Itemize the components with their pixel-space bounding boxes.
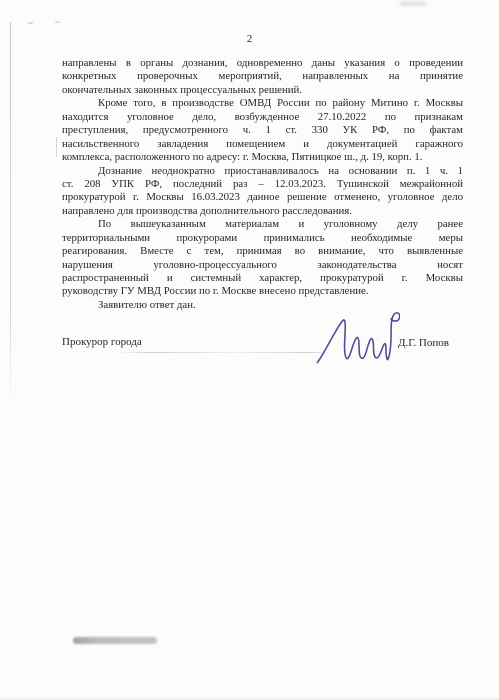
text-line: распространенный и системный характер, п…	[62, 272, 463, 285]
paragraph: Кроме того, в производстве ОМВД России п…	[62, 97, 463, 164]
text-line: преступления, предусмотренного ч. 1 ст. …	[62, 124, 463, 137]
text-line: находится уголовное дело, возбужденное 2…	[62, 111, 463, 124]
text-line: комплекса, расположенного по адресу: г. …	[62, 151, 463, 164]
handwritten-signature-icon	[312, 309, 400, 373]
signatory-title: Прокурор города	[62, 336, 142, 348]
text-line: Заявителю ответ дан.	[62, 299, 463, 312]
redaction-smudge	[73, 637, 157, 644]
scan-edge-line	[10, 22, 11, 407]
text-line: По вышеуказанным материалам и уголовному…	[62, 218, 463, 231]
paragraph: По вышеуказанным материалам и уголовному…	[62, 218, 463, 299]
text-line: ст. 208 УПК РФ, последний раз – 12.03.20…	[62, 178, 463, 191]
text-line: нарушения уголовно-процессуального закон…	[62, 259, 463, 272]
signatory-name: Д.Г. Попов	[398, 337, 476, 349]
margin-scan-mark	[56, 137, 57, 157]
pencil-mark	[55, 21, 60, 24]
text-line: насильственного завладения помещением и …	[62, 138, 463, 151]
text-line: конкретных проверочных мероприятий, напр…	[62, 70, 463, 83]
signature-baseline-artifact	[118, 352, 332, 353]
text-line: реагирования. Вместе с тем, принимая во …	[62, 245, 463, 258]
text-line: прокуратурой г. Москвы 16.03.2023 данное…	[62, 191, 463, 204]
text-line: территориальными прокурорами принимались…	[62, 232, 463, 245]
text-line: Кроме того, в производстве ОМВД России п…	[62, 97, 463, 110]
text-line: окончательных законных процессуальных ре…	[62, 84, 463, 97]
pencil-mark	[28, 22, 33, 25]
scan-smudge	[400, 1, 426, 6]
paragraph: направлены в органы дознания, одновремен…	[62, 57, 463, 97]
text-line: Дознание неоднократно приостанавливалось…	[62, 165, 463, 178]
text-line: руководству ГУ МВД России по г. Москве в…	[62, 285, 463, 298]
text-line: направлены в органы дознания, одновремен…	[62, 57, 463, 70]
page-number: 2	[0, 33, 499, 45]
scanned-document-page: { "colors": { "page_background": "#fcfcf…	[0, 0, 499, 700]
text-line: направлено для производства дополнительн…	[62, 205, 463, 218]
paragraph: Заявителю ответ дан.	[62, 299, 463, 312]
document-body: направлены в органы дознания, одновремен…	[62, 57, 463, 312]
paragraph: Дознание неоднократно приостанавливалось…	[62, 165, 463, 219]
